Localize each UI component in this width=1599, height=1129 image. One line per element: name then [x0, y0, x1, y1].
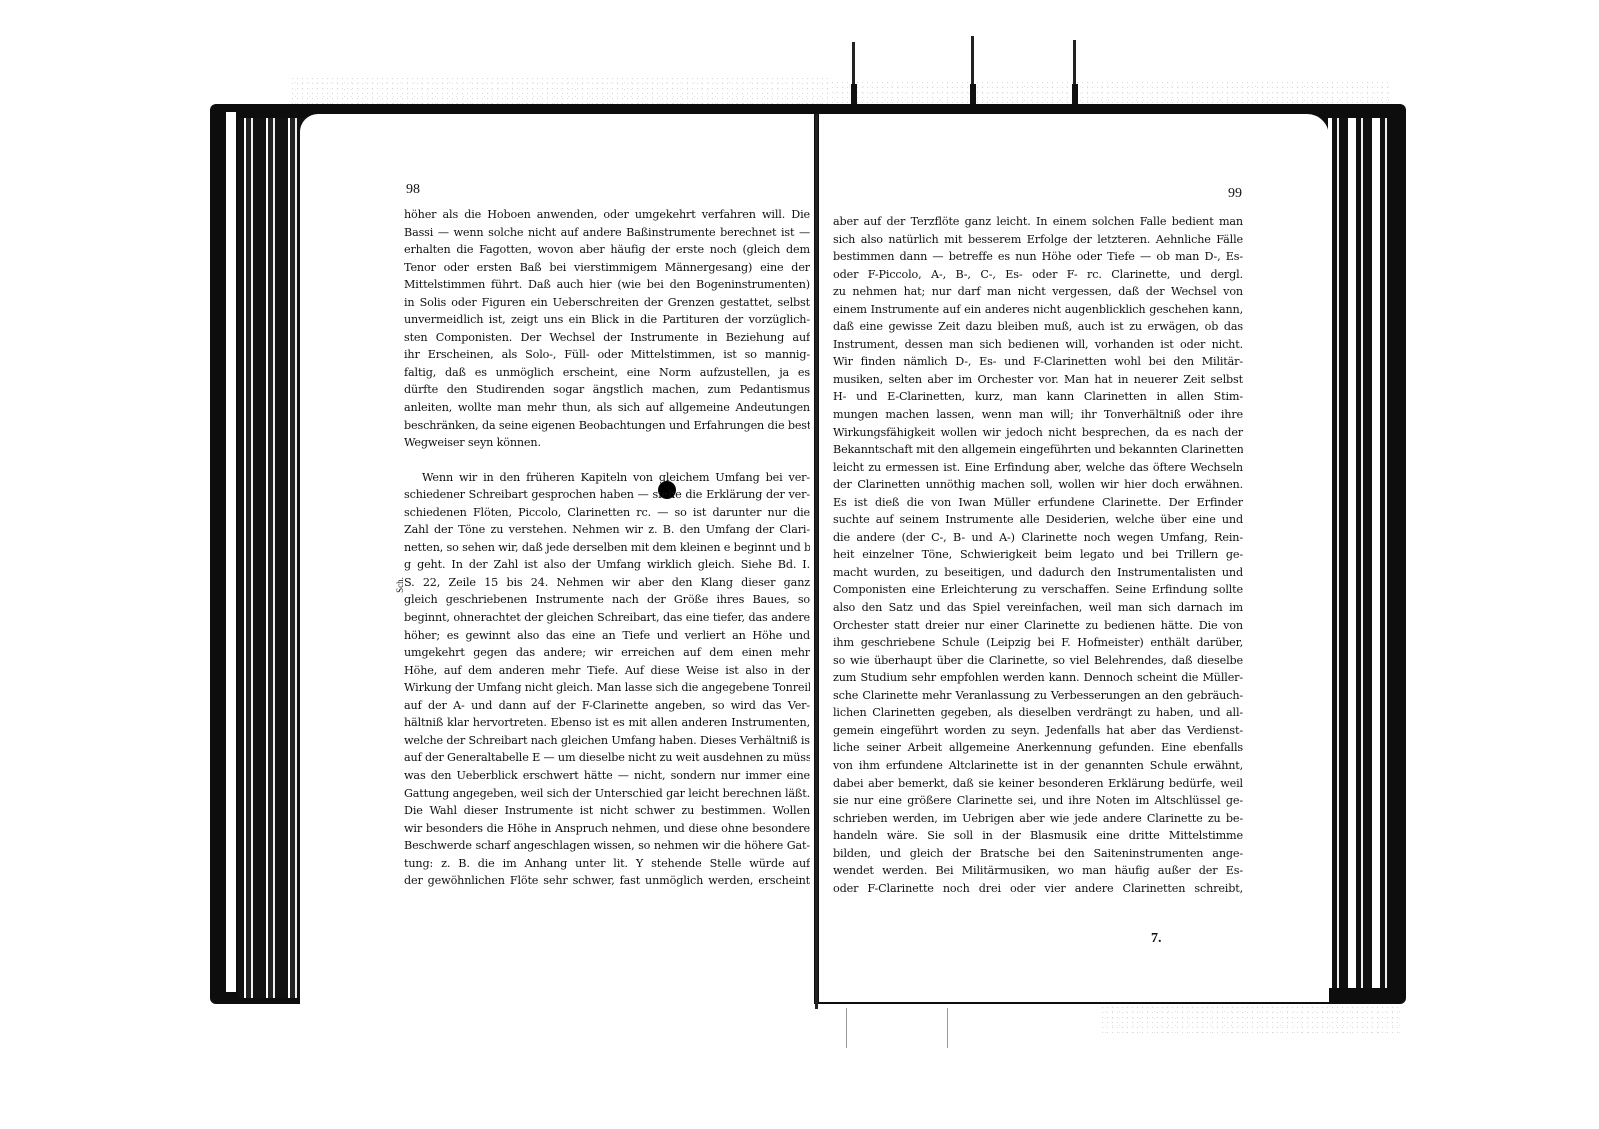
text-line: Mittelstimmen führt. Daß auch hier (wie … — [404, 276, 810, 294]
text-line: höher als die Hoboen anwenden, oder umge… — [404, 206, 810, 224]
text-line: also den Satz und das Spiel vereinfachen… — [833, 599, 1243, 617]
text-line: heit einzelner Töne, Schwierigkeit beim … — [833, 546, 1243, 564]
cover-inner-edge — [226, 112, 236, 992]
text-line: schrieben werden, im Uebrigen aber wie j… — [833, 810, 1243, 828]
text-line: der Clarinetten unnöthig machen soll, wo… — [833, 476, 1243, 494]
scan-noise-bottom-right — [1100, 1005, 1400, 1035]
text-line: macht wurden, zu beseitigen, und dadurch… — [833, 564, 1243, 582]
text-line: Es ist dieß die von Iwan Müller erfunden… — [833, 494, 1243, 512]
text-line: oder F-Clarinette noch drei oder vier an… — [833, 880, 1243, 898]
text-line: tung: z. B. die im Anhang unter lit. Y s… — [404, 855, 810, 873]
text-line: S. 22, Zeile 15 bis 24. Nehmen wir aber … — [404, 574, 810, 592]
right-page-text: aber auf der Terzflöte ganz leicht. In e… — [833, 213, 1243, 897]
text-line: hältniß klar hervortreten. Ebenso ist es… — [404, 714, 810, 732]
text-line: Wirkungsfähigkeit wollen wir jedoch nich… — [833, 424, 1243, 442]
text-line: beschränken, da seine eigenen Beobachtun… — [404, 417, 810, 435]
text-line: sich also natürlich mit besserem Erfolge… — [833, 231, 1243, 249]
text-line: erhalten die Fagotten, wovon aber häufig… — [404, 241, 810, 259]
text-line: von ihm erfundene Altclarinette ist in d… — [833, 757, 1243, 775]
text-line: leicht zu ermessen ist. Eine Erfindung a… — [833, 459, 1243, 477]
bookmark-tab-1 — [852, 42, 855, 106]
text-line: gemein eingeführt worden zu seyn. Jedenf… — [833, 722, 1243, 740]
text-line: Wegweiser seyn können. — [404, 434, 810, 452]
text-line: Gattung angegeben, weil sich der Untersc… — [404, 785, 810, 803]
text-line: gleich geschriebenen Instrumente nach de… — [404, 591, 810, 609]
text-line: netten, so sehen wir, daß jede derselben… — [404, 539, 810, 557]
bookmark-tab-3 — [1073, 40, 1076, 106]
page-edges-right — [1328, 118, 1388, 988]
text-line: aber auf der Terzflöte ganz leicht. In e… — [833, 213, 1243, 231]
text-line: Tenor oder ersten Baß bei vierstimmigem … — [404, 259, 810, 277]
text-line: in Solis oder Figuren ein Ueberschreiten… — [404, 294, 810, 312]
text-line: daß eine gewisse Zeit dazu bleiben muß, … — [833, 318, 1243, 336]
text-line: zum Studium sehr empfohlen werden kann. … — [833, 669, 1243, 687]
right-page-number: 99 — [1228, 186, 1242, 202]
text-line: dabei aber bemerkt, daß sie keiner beson… — [833, 775, 1243, 793]
text-line: Orchester statt dreier nur einer Clarine… — [833, 617, 1243, 635]
text-line: umgekehrt gegen das andere; wir erreiche… — [404, 644, 810, 662]
text-line: oder F-Piccolo, A-, B-, C-, Es- oder F- … — [833, 266, 1243, 284]
left-page-number: 98 — [406, 182, 420, 198]
text-line: anleiten, wollte man mehr thun, als sich… — [404, 399, 810, 417]
text-line: schiedenen Flöten, Piccolo, Clarinetten … — [404, 504, 810, 522]
text-line: sche Clarinette mehr Veranlassung zu Ver… — [833, 687, 1243, 705]
text-line: Instrument, dessen man sich bedienen wil… — [833, 336, 1243, 354]
text-line: sten Componisten. Der Wechsel der Instru… — [404, 329, 810, 347]
text-line: Die Wahl dieser Instrumente ist nicht sc… — [404, 802, 810, 820]
paragraph: Wenn wir in den früheren Kapiteln von gl… — [404, 469, 810, 890]
text-line: ihm geschriebene Schule (Leipzig bei F. … — [833, 634, 1243, 652]
text-line: welche der Schreibart nach gleichen Umfa… — [404, 732, 810, 750]
book-gutter — [815, 114, 818, 1009]
text-line: so wie überhaupt über die Clarinette, so… — [833, 652, 1243, 670]
paragraph: höher als die Hoboen anwenden, oder umge… — [404, 206, 810, 452]
text-line: Wenn wir in den früheren Kapiteln von gl… — [404, 469, 810, 487]
bookmark-tab-bottom-1 — [846, 1008, 847, 1048]
text-line: dürfte den Studirenden sogar ängstlich m… — [404, 381, 810, 399]
bookmark-tab-2 — [971, 36, 974, 106]
text-line: die andere (der C-, B- und A-) Clarinett… — [833, 529, 1243, 547]
signature-mark: 7. — [1151, 931, 1162, 947]
text-line: Höhe, auf dem anderen mehr Tiefe. Auf di… — [404, 662, 810, 680]
text-line: Zahl der Töne zu verstehen. Nehmen wir z… — [404, 521, 810, 539]
text-line: mungen machen lassen, wenn man will; ihr… — [833, 406, 1243, 424]
text-line: höher; es gewinnt also das eine an Tiefe… — [404, 627, 810, 645]
text-line: auf der Generaltabelle E — um dieselbe n… — [404, 749, 810, 767]
text-line: suchte auf seinem Instrumente alle Desid… — [833, 511, 1243, 529]
text-line: Bassi — wenn solche nicht auf andere Baß… — [404, 224, 810, 242]
text-line: Wir finden nämlich D-, Es- und F-Clarine… — [833, 353, 1243, 371]
left-page-text: höher als die Hoboen anwenden, oder umge… — [404, 206, 810, 890]
text-line: H- und E-Clarinetten, kurz, man kann Cla… — [833, 388, 1243, 406]
text-line: faltig, daß es unmöglich erscheint, eine… — [404, 364, 810, 382]
text-line: der gewöhnlichen Flöte sehr schwer, fast… — [404, 872, 810, 890]
scan-noise-top — [290, 76, 830, 106]
text-line: liche seiner Arbeit allgemeine Anerkennu… — [833, 739, 1243, 757]
text-line: einem Instrumente auf ein anderes nicht … — [833, 301, 1243, 319]
text-line: Wirkung der Umfang nicht gleich. Man las… — [404, 679, 810, 697]
text-line: lichen Clarinetten gegeben, als dieselbe… — [833, 704, 1243, 722]
text-line: zu nehmen hat; nur darf man nicht verges… — [833, 283, 1243, 301]
text-line: sie nur eine größere Clarinette sei, und… — [833, 792, 1243, 810]
text-line: handeln wäre. Sie soll in der Blasmusik … — [833, 827, 1243, 845]
text-line: g geht. In der Zahl ist also der Umfang … — [404, 556, 810, 574]
text-line: Bekanntschaft mit den allgemein eingefüh… — [833, 441, 1243, 459]
text-line: was den Ueberblick erschwert hätte — nic… — [404, 767, 810, 785]
text-line: bestimmen dann — betreffe es nun Höhe od… — [833, 248, 1243, 266]
text-line: musiken, selten aber im Orchester vor. M… — [833, 371, 1243, 389]
bookmark-tab-bottom-2 — [947, 1008, 948, 1048]
text-line: auf der A- und dann auf der F-Clarinette… — [404, 697, 810, 715]
text-line: Beschwerde scharf angeschlagen wissen, s… — [404, 837, 810, 855]
text-line: ihr Erscheinen, als Solo-, Füll- oder Mi… — [404, 346, 810, 364]
text-line: Componisten eine Erleichterung zu versch… — [833, 581, 1243, 599]
page-edges-left — [238, 118, 308, 998]
text-line: wir besonders die Höhe in Anspruch nehme… — [404, 820, 810, 838]
text-line: bilden, und gleich der Bratsche bei den … — [833, 845, 1243, 863]
text-line: schiedener Schreibart gesprochen haben —… — [404, 486, 810, 504]
paragraph: aber auf der Terzflöte ganz leicht. In e… — [833, 213, 1243, 897]
text-line: beginnt, ohnerachtet der gleichen Schrei… — [404, 609, 810, 627]
paragraph-gap — [404, 452, 810, 469]
text-line: wendet werden. Bei Militärmusiken, wo ma… — [833, 862, 1243, 880]
text-line: unvermeidlich ist, zeigt uns ein Blick i… — [404, 311, 810, 329]
